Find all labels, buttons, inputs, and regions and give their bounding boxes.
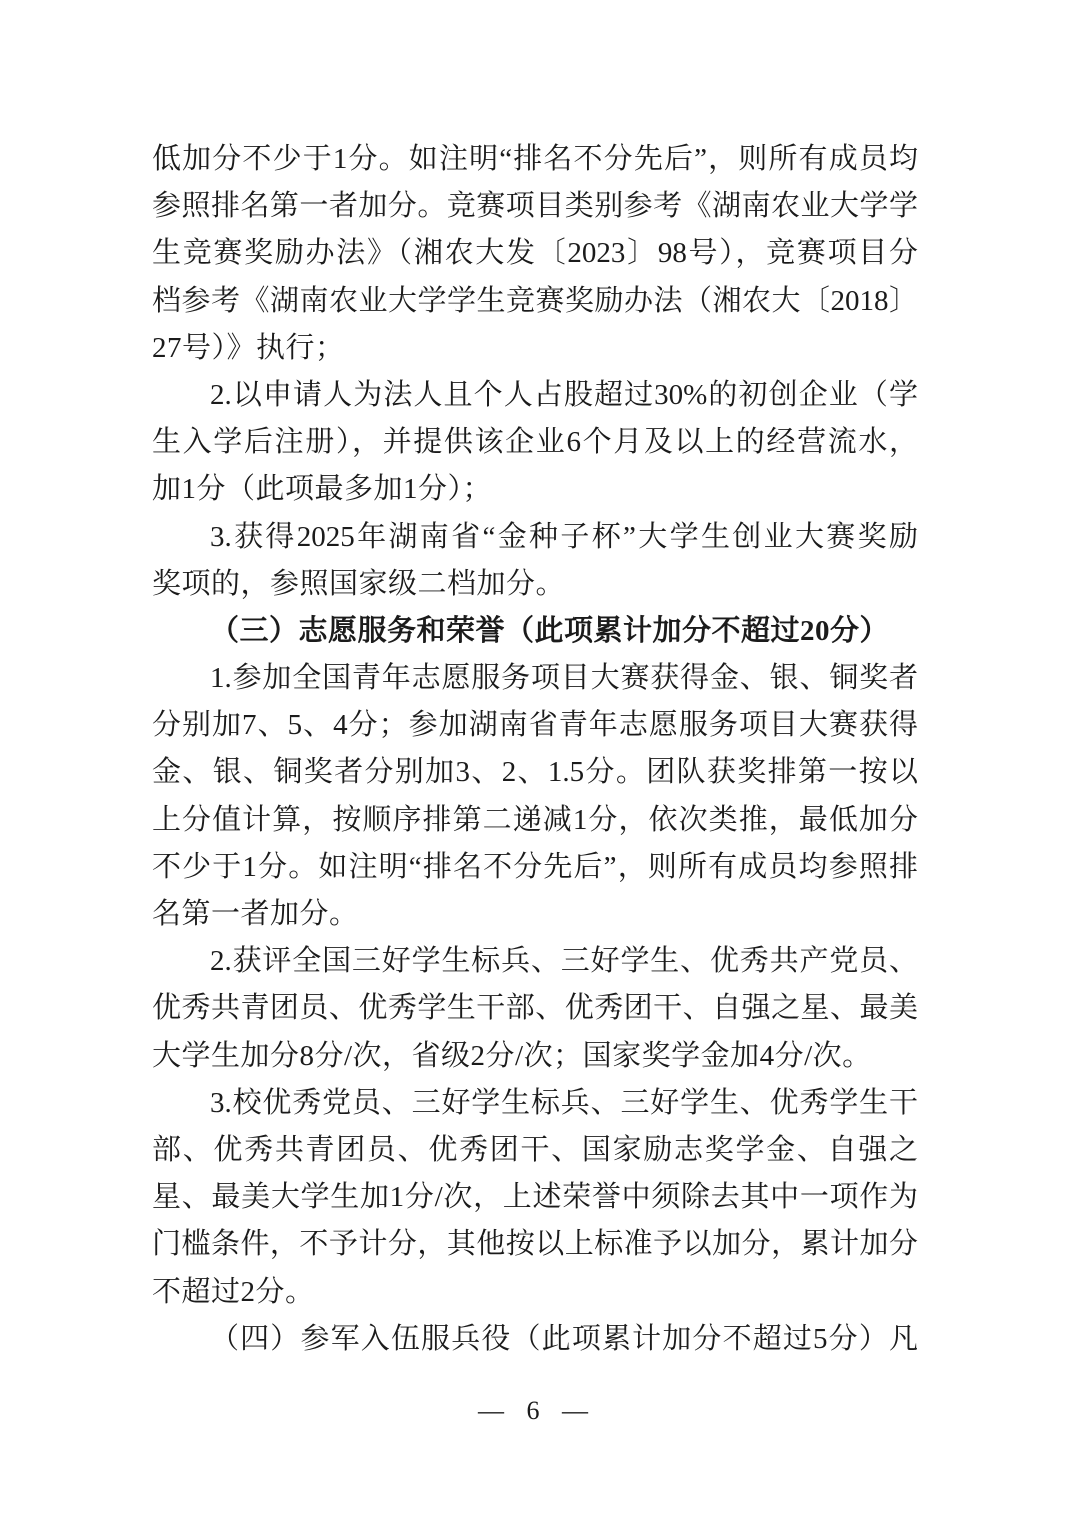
text-line: 档参考《湖南农业大学学生竞赛奖励办法（湘农大〔2018〕 — [152, 278, 918, 325]
text-line: 金、银、铜奖者分别加3、2、1.5分。团队获奖排第一按以 — [152, 749, 918, 796]
text-line: 分别加7、5、4分；参加湖南省青年志愿服务项目大赛获得 — [152, 702, 918, 749]
text-line: 3.校优秀党员、三好学生标兵、三好学生、优秀学生干 — [152, 1080, 918, 1127]
text-line: 2.以申请人为法人且个人占股超过30%的初创企业（学 — [152, 372, 918, 419]
text-line: 加1分（此项最多加1分）； — [152, 466, 918, 513]
text-line: 参照排名第一者加分。竞赛项目类别参考《湖南农业大学学 — [152, 183, 918, 230]
text-line: 生竞赛奖励办法》（湘农大发〔2023〕98号），竞赛项目分 — [152, 230, 918, 277]
document-page: 低加分不少于1分。如注明“排名不分先后”，则所有成员均参照排名第一者加分。竞赛项… — [0, 0, 1074, 1520]
text-line: 奖项的，参照国家级二档加分。 — [152, 561, 918, 608]
text-line: 不少于1分。如注明“排名不分先后”，则所有成员均参照排 — [152, 844, 918, 891]
text-line: 星、最美大学生加1分/次，上述荣誉中须除去其中一项作为 — [152, 1174, 918, 1221]
text-line: 1.参加全国青年志愿服务项目大赛获得金、银、铜奖者 — [152, 655, 918, 702]
text-line: 门槛条件，不予计分，其他按以上标准予以加分，累计加分 — [152, 1221, 918, 1268]
text-line: 优秀共青团员、优秀学生干部、优秀团干、自强之星、最美 — [152, 985, 918, 1032]
text-line: 不超过2分。 — [152, 1269, 918, 1316]
page-number: — 6 — — [0, 1396, 1074, 1426]
text-line: 部、优秀共青团员、优秀团干、国家励志奖学金、自强之 — [152, 1127, 918, 1174]
document-body: 低加分不少于1分。如注明“排名不分先后”，则所有成员均参照排名第一者加分。竞赛项… — [152, 136, 918, 1363]
section-heading-line: （三）志愿服务和荣誉（此项累计加分不超过20分） — [152, 608, 918, 655]
text-line: 大学生加分8分/次，省级2分/次；国家奖学金加4分/次。 — [152, 1033, 918, 1080]
text-line: （四）参军入伍服兵役（此项累计加分不超过5分）凡 — [152, 1316, 918, 1363]
text-line: 3.获得2025年湖南省“金种子杯”大学生创业大赛奖励 — [152, 514, 918, 561]
text-line: 上分值计算，按顺序排第二递减1分，依次类推，最低加分 — [152, 797, 918, 844]
text-line: 27号）》执行； — [152, 325, 918, 372]
text-line: 低加分不少于1分。如注明“排名不分先后”，则所有成员均 — [152, 136, 918, 183]
text-line: 名第一者加分。 — [152, 891, 918, 938]
text-line: 2.获评全国三好学生标兵、三好学生、优秀共产党员、 — [152, 938, 918, 985]
text-line: 生入学后注册），并提供该企业6个月及以上的经营流水， — [152, 419, 918, 466]
